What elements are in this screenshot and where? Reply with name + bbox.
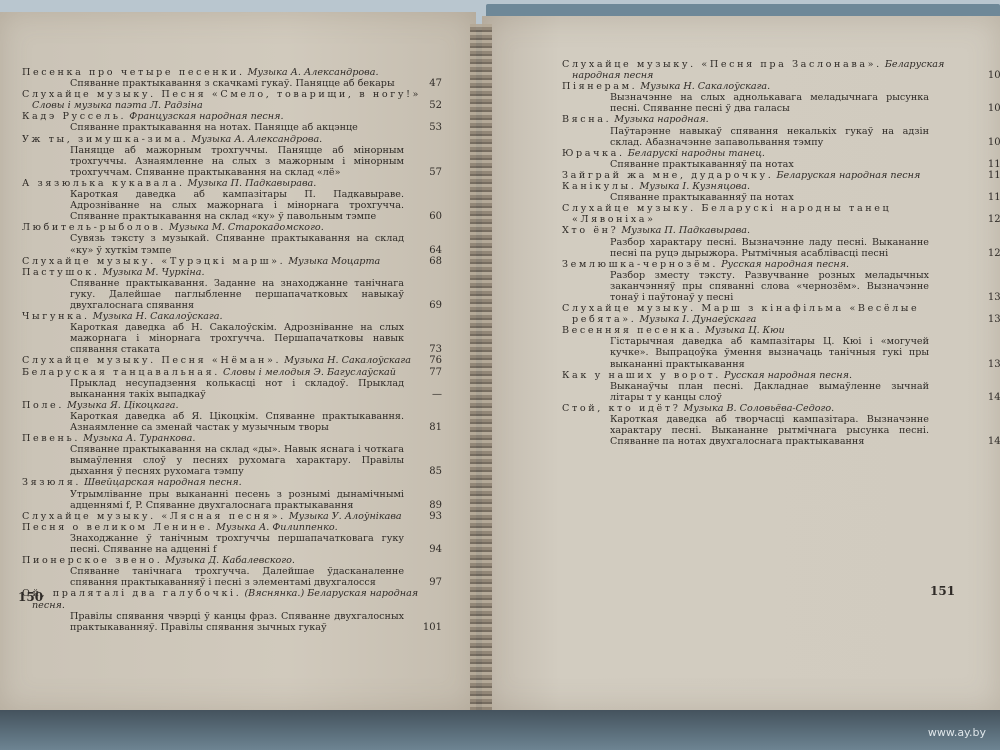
song-title: Беларуская танцавальная. bbox=[22, 367, 220, 378]
page-reference: 105 bbox=[988, 70, 1000, 81]
lesson-description: Паўтарэнне навыкаў спявання некалькіх гу… bbox=[562, 126, 947, 148]
entry-title-line: Зайграй жа мне, дударочку. Беларуская на… bbox=[562, 170, 947, 181]
lesson-description: Сувязь тэксту з музыкай. Спяванне практы… bbox=[22, 233, 422, 255]
toc-entry: Слухайце музыку. «Турэцкі марш». Музыка … bbox=[22, 256, 422, 267]
toc-entry: Поле. Музыка Я. Цікоцкага.Кароткая давед… bbox=[22, 400, 422, 433]
toc-entry: Песня о великом Ленине. Музыка А. Филипп… bbox=[22, 522, 422, 555]
page-reference: 69 bbox=[429, 300, 442, 311]
song-author: Музыка А. Александрова. bbox=[248, 67, 379, 78]
page-reference: 52 bbox=[429, 100, 442, 111]
entry-title-line: Весенняя песенка. Музыка Ц. Кюи bbox=[562, 325, 947, 336]
toc-entry: Слухайце музыку. Песня «Нёман». Музыка Н… bbox=[22, 355, 422, 366]
lesson-description: Гістарычная даведка аб кампазітары Ц. Кю… bbox=[562, 336, 947, 369]
lesson-description: Вызначэнне на слых аднолькавага меладычн… bbox=[562, 92, 947, 114]
song-title: Хто ён? bbox=[562, 225, 618, 236]
page-reference: 116 bbox=[988, 170, 1000, 181]
song-title: Слухайце музыку. «Песня пра Заслонава». bbox=[562, 59, 882, 70]
song-author: Музыка І. Дунаеўскага bbox=[639, 314, 756, 325]
lesson-description: Выканаўчы план песні. Дакладнае вымаўлен… bbox=[562, 381, 947, 403]
watermark: www.ay.by bbox=[928, 726, 986, 739]
page-reference: 77 bbox=[429, 367, 442, 378]
lesson-description: Прыклад несупадзення колькасці нот і скл… bbox=[22, 378, 422, 400]
right-page: Слухайце музыку. «Песня пра Заслонава». … bbox=[482, 16, 1000, 710]
entry-title-line: Слухайце музыку. «Песня пра Заслонава». … bbox=[562, 59, 947, 81]
song-title: Зязюля. bbox=[22, 477, 81, 488]
song-title: Слухайце музыку. «Турэцкі марш». bbox=[22, 256, 285, 267]
song-title: Песенка про четыре песенки. bbox=[22, 67, 245, 78]
song-title: Уж ты, зимушка-зима. bbox=[22, 134, 188, 145]
page-reference: 53 bbox=[429, 122, 442, 133]
toc-entry: Канікулы. Музыка І. Кузняцова.Спяванне п… bbox=[562, 181, 947, 203]
song-title: Кадэ Руссель. bbox=[22, 111, 126, 122]
entry-title-line: Юрачка. Беларускі народны танец. bbox=[562, 148, 947, 159]
toc-entry: Ой, праляталі два галубочкі. (Вяснянка.)… bbox=[22, 588, 422, 632]
song-author: Музыка А. Филиппенко. bbox=[216, 522, 338, 533]
table-of-contents-left: Песенка про четыре песенки. Музыка А. Ал… bbox=[22, 67, 422, 633]
song-author: Музыка Н. Сакалоўскага bbox=[284, 355, 411, 366]
song-author: Беларуская народная песня bbox=[776, 170, 920, 181]
entry-title-line: Зязюля. Швейцарская народная песня. bbox=[22, 477, 422, 488]
entry-title-line: Слухайце музыку. Беларускі народны танец… bbox=[562, 203, 947, 225]
toc-entry: Слухайце музыку. Марш з кінафільма «Весё… bbox=[562, 303, 947, 325]
song-title: Вясна. bbox=[562, 114, 611, 125]
song-author: Музыка М. Чуркіна. bbox=[103, 267, 205, 278]
lesson-description: Спяванне практыкавання. Заданне на знахо… bbox=[22, 278, 422, 311]
page-reference: 125 bbox=[988, 214, 1000, 225]
song-author: Музыка П. Падкавырава. bbox=[621, 225, 750, 236]
song-title: Землюшка-чернозём. bbox=[562, 259, 718, 270]
song-author: Русская народная песня. bbox=[721, 259, 849, 270]
page-reference: 130 bbox=[988, 292, 1000, 303]
toc-entry: Песенка про четыре песенки. Музыка А. Ал… bbox=[22, 67, 422, 89]
song-title: Любитель-рыболов. bbox=[22, 222, 166, 233]
page-reference: 112 bbox=[988, 159, 1000, 170]
page-reference: 76 bbox=[429, 355, 442, 366]
lesson-description: Разбор характару песні. Вызначэнне ладу … bbox=[562, 237, 947, 259]
song-title: А зязюлька кукавала. bbox=[22, 178, 185, 189]
entry-title-line: Чыгунка. Музыка Н. Сакалоўскага. bbox=[22, 311, 422, 322]
song-title: Слухайце музыку. Беларускі народны танец… bbox=[562, 203, 891, 225]
entry-title-line: Слухайце музыку. Песня «Нёман». Музыка Н… bbox=[22, 355, 422, 366]
lesson-description: Разбор зместу тэксту. Развучванне розных… bbox=[562, 270, 947, 303]
page-reference: 125 bbox=[988, 248, 1000, 259]
song-title: Слухайце музыку. «Лясная песня». bbox=[22, 511, 286, 522]
song-author: Французская народная песня. bbox=[129, 111, 283, 122]
page-reference: 64 bbox=[429, 245, 442, 256]
toc-entry: Вясна. Музыка народная.Паўтарэнне навыка… bbox=[562, 114, 947, 147]
page-reference: 94 bbox=[429, 544, 442, 555]
song-title: Слухайце музыку. Песня «Смело, товарищи,… bbox=[22, 89, 421, 100]
song-author: Музыка І. Кузняцова. bbox=[640, 181, 751, 192]
song-author: Музыка В. Соловьёва-Седого. bbox=[684, 403, 835, 414]
lesson-description: Кароткая даведка аб кампазітары П. Падка… bbox=[22, 189, 422, 222]
toc-entry: Чыгунка. Музыка Н. Сакалоўскага.Кароткая… bbox=[22, 311, 422, 355]
table-of-contents-right: Слухайце музыку. «Песня пра Заслонава». … bbox=[562, 59, 947, 447]
page-reference: 60 bbox=[429, 211, 442, 222]
song-author: Музыка А. Александрова. bbox=[191, 134, 322, 145]
song-title: Канікулы. bbox=[562, 181, 636, 192]
entry-title-line: Піянерам. Музыка Н. Сакалоўскага. bbox=[562, 81, 947, 92]
entry-title-line: Поле. Музыка Я. Цікоцкага. bbox=[22, 400, 422, 411]
toc-entry: Беларуская танцавальная. Словы і мелодыя… bbox=[22, 367, 422, 378]
page-reference: — bbox=[432, 389, 442, 400]
entry-title-line: Землюшка-чернозём. Русская народная песн… bbox=[562, 259, 947, 270]
entry-title-line: Любитель-рыболов. Музыка М. Старокадомск… bbox=[22, 222, 422, 233]
entry-title-line: Ой, праляталі два галубочкі. (Вяснянка.)… bbox=[22, 588, 422, 610]
song-title: Юрачка. bbox=[562, 148, 625, 159]
entry-title-line: Певень. Музыка А. Туранкова. bbox=[22, 433, 422, 444]
toc-entry: Землюшка-чернозём. Русская народная песн… bbox=[562, 259, 947, 303]
song-author: Музыка У. Алоўнікава bbox=[289, 511, 402, 522]
toc-entry: Уж ты, зимушка-зима. Музыка А. Александр… bbox=[22, 134, 422, 178]
toc-entry: Слухайце музыку. Беларускі народны танец… bbox=[562, 203, 947, 225]
song-author: Русская народная песня. bbox=[724, 370, 852, 381]
toc-entry: Весенняя песенка. Музыка Ц. КюиГістарычн… bbox=[562, 325, 947, 369]
page-number: 151 bbox=[930, 584, 955, 598]
song-author: Беларускі народны танец. bbox=[628, 148, 765, 159]
page-reference: 134 bbox=[988, 314, 1000, 325]
lesson-description: Кароткая даведка аб Н. Сакалоўскім. Адро… bbox=[22, 322, 422, 355]
song-author: Музыка народная. bbox=[614, 114, 708, 125]
entry-title-line: Стой, кто идёт? Музыка В. Соловьёва-Седо… bbox=[562, 403, 947, 414]
song-title: Как у наших у ворот. bbox=[562, 370, 721, 381]
toc-entry: Піянерам. Музыка Н. Сакалоўскага.Вызначэ… bbox=[562, 81, 947, 114]
song-author: Музыка Ц. Кюи bbox=[705, 325, 784, 336]
song-author: Музыка М. Старокадомского. bbox=[169, 222, 324, 233]
page-reference: 101 bbox=[423, 622, 442, 633]
song-title: Зайграй жа мне, дударочку. bbox=[562, 170, 773, 181]
toc-entry: Стой, кто идёт? Музыка В. Соловьёва-Седо… bbox=[562, 403, 947, 447]
lesson-description: Утрымліванне пры выкананні песень з розн… bbox=[22, 489, 422, 511]
toc-entry: Пастушок. Музыка М. Чуркіна.Спяванне пра… bbox=[22, 267, 422, 311]
entry-title-line: Канікулы. Музыка І. Кузняцова. bbox=[562, 181, 947, 192]
page-reference: 68 bbox=[429, 256, 442, 267]
toc-entry: Прыклад несупадзення колькасці нот і скл… bbox=[22, 378, 422, 400]
song-title: Песня о великом Ленине. bbox=[22, 522, 213, 533]
left-page: Песенка про четыре песенки. Музыка А. Ал… bbox=[0, 12, 476, 710]
lesson-description: Знаходжанне ў танічным трохгуччы першапа… bbox=[22, 533, 422, 555]
toc-entry: Юрачка. Беларускі народны танец.Спяванне… bbox=[562, 148, 947, 170]
page-reference: 89 bbox=[429, 500, 442, 511]
toc-entry: Слухайце музыку. «Песня пра Заслонава». … bbox=[562, 59, 947, 81]
song-title: Пастушок. bbox=[22, 267, 100, 278]
page-reference: 109 bbox=[988, 137, 1000, 148]
entry-title-line: Песенка про четыре песенки. Музыка А. Ал… bbox=[22, 67, 422, 78]
song-author: Музыка Моцарта bbox=[288, 256, 380, 267]
song-author: Музыка Н. Сакалоўскага. bbox=[640, 81, 770, 92]
song-author: Словы і мелодыя Э. Багуслаўскай bbox=[223, 367, 396, 378]
book-spine bbox=[470, 24, 492, 710]
toc-entry: Пионерское звено. Музыка Д. Кабалевского… bbox=[22, 555, 422, 588]
entry-title-line: Слухайце музыку. «Турэцкі марш». Музыка … bbox=[22, 256, 422, 267]
song-author: Музыка Я. Цікоцкага. bbox=[67, 400, 178, 411]
entry-title-line: Песня о великом Ленине. Музыка А. Филипп… bbox=[22, 522, 422, 533]
entry-title-line: Слухайце музыку. Марш з кінафільма «Весё… bbox=[562, 303, 947, 325]
toc-entry: Зязюля. Швейцарская народная песня.Утрым… bbox=[22, 477, 422, 510]
song-title: Певень. bbox=[22, 433, 80, 444]
entry-title-line: Беларуская танцавальная. Словы і мелодыя… bbox=[22, 367, 422, 378]
page-reference: 140 bbox=[988, 392, 1000, 403]
page-number: 150 bbox=[18, 590, 43, 604]
entry-title-line: Вясна. Музыка народная. bbox=[562, 114, 947, 125]
entry-title-line: Пастушок. Музыка М. Чуркіна. bbox=[22, 267, 422, 278]
page-reference: 97 bbox=[429, 577, 442, 588]
lesson-description: Спяванне практыкавання на склад «ды». На… bbox=[22, 444, 422, 477]
entry-title-line: А зязюлька кукавала. Музыка П. Падкавыра… bbox=[22, 178, 422, 189]
entry-title-line: Слухайце музыку. Песня «Смело, товарищи,… bbox=[22, 89, 422, 111]
toc-entry: Как у наших у ворот. Русская народная пе… bbox=[562, 370, 947, 403]
song-title: Весенняя песенка. bbox=[562, 325, 702, 336]
song-author: Музыка Н. Сакалоўскага. bbox=[93, 311, 223, 322]
lesson-description: Паняцце аб мажорным трохгуччы. Паняцце а… bbox=[22, 145, 422, 178]
song-title: Піянерам. bbox=[562, 81, 637, 92]
entry-title-line: Как у наших у ворот. Русская народная пе… bbox=[562, 370, 947, 381]
entry-title-line: Хто ён? Музыка П. Падкавырава. bbox=[562, 225, 947, 236]
song-title: Поле. bbox=[22, 400, 64, 411]
song-author: Швейцарская народная песня. bbox=[84, 477, 242, 488]
lesson-description: Спяванне практыкаванняў па нотах bbox=[562, 159, 947, 170]
song-title: Слухайце музыку. Песня «Нёман». bbox=[22, 355, 281, 366]
lesson-description: Спяванне практыкаванняў па нотах bbox=[562, 192, 947, 203]
page-reference: 143 bbox=[988, 436, 1000, 447]
lesson-description: Спяванне практыкавання з скачкамі гукаў.… bbox=[22, 78, 422, 89]
lesson-description: Кароткая даведка аб Я. Цікоцкім. Спяванн… bbox=[22, 411, 422, 433]
toc-entry: Кадэ Руссель. Французская народная песня… bbox=[22, 111, 422, 133]
song-author: Словы і музыка паэта Л. Радзіна bbox=[32, 100, 203, 111]
toc-entry: Хто ён? Музыка П. Падкавырава.Разбор хар… bbox=[562, 225, 947, 258]
toc-entry: Любитель-рыболов. Музыка М. Старокадомск… bbox=[22, 222, 422, 255]
toc-entry: Слухайце музыку. Песня «Смело, товарищи,… bbox=[22, 89, 422, 111]
lesson-description: Спяванне танічнага трохгучча. Далейшае ў… bbox=[22, 566, 422, 588]
lesson-description: Кароткая даведка аб творчасці кампазітар… bbox=[562, 414, 947, 447]
entry-title-line: Уж ты, зимушка-зима. Музыка А. Александр… bbox=[22, 134, 422, 145]
song-author: Музыка А. Туранкова. bbox=[83, 433, 195, 444]
page-reference: 136 bbox=[988, 359, 1000, 370]
song-title: Чыгунка. bbox=[22, 311, 90, 322]
page-reference: 106 bbox=[988, 103, 1000, 114]
toc-entry: Зайграй жа мне, дударочку. Беларуская на… bbox=[562, 170, 947, 181]
toc-entry: Слухайце музыку. «Лясная песня». Музыка … bbox=[22, 511, 422, 522]
song-title: Стой, кто идёт? bbox=[562, 403, 680, 414]
page-reference: 119 bbox=[988, 192, 1000, 203]
page-reference: 47 bbox=[429, 78, 442, 89]
page-reference: 93 bbox=[429, 511, 442, 522]
toc-entry: А зязюлька кукавала. Музыка П. Падкавыра… bbox=[22, 178, 422, 222]
song-author: Музыка Д. Кабалевского. bbox=[165, 555, 294, 566]
entry-title-line: Кадэ Руссель. Французская народная песня… bbox=[22, 111, 422, 122]
song-title: Ой, праляталі два галубочкі. bbox=[22, 588, 241, 599]
song-title: Пионерское звено. bbox=[22, 555, 162, 566]
entry-title-line: Пионерское звено. Музыка Д. Кабалевского… bbox=[22, 555, 422, 566]
page-reference: 85 bbox=[429, 466, 442, 477]
page-reference: 81 bbox=[429, 422, 442, 433]
page-reference: 57 bbox=[429, 167, 442, 178]
toc-entry: Певень. Музыка А. Туранкова.Спяванне пра… bbox=[22, 433, 422, 477]
lesson-description: Правілы спявання чвэрці ў канцы фраз. Сп… bbox=[22, 611, 422, 633]
lesson-description: Спяванне практыкавання на нотах. Паняцце… bbox=[22, 122, 422, 133]
entry-title-line: Слухайце музыку. «Лясная песня». Музыка … bbox=[22, 511, 422, 522]
page-reference: 73 bbox=[429, 344, 442, 355]
song-author: Музыка П. Падкавырава. bbox=[188, 178, 317, 189]
